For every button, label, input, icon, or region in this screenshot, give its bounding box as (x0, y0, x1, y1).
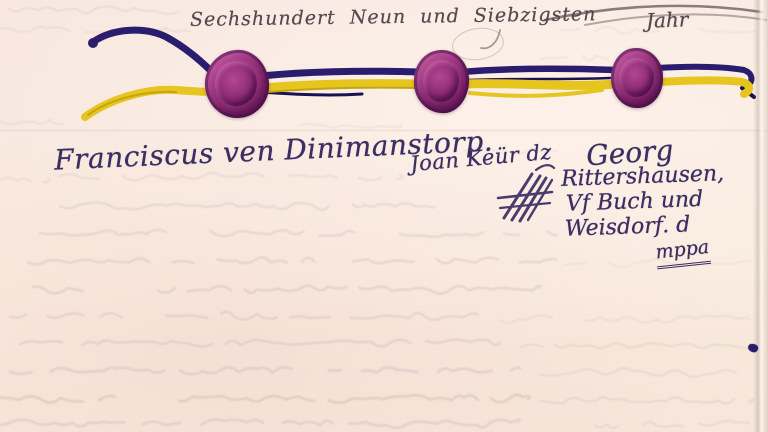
manu-propria-mark: mppa (654, 235, 710, 269)
signature-rittershausen-block: Georg Rittershausen, Vf Buch und Weisdor… (560, 136, 727, 271)
vertical-fold-edge (753, 0, 768, 432)
document-page: Sechshundert Neun und Siebzigsten Jahr F… (0, 0, 768, 432)
